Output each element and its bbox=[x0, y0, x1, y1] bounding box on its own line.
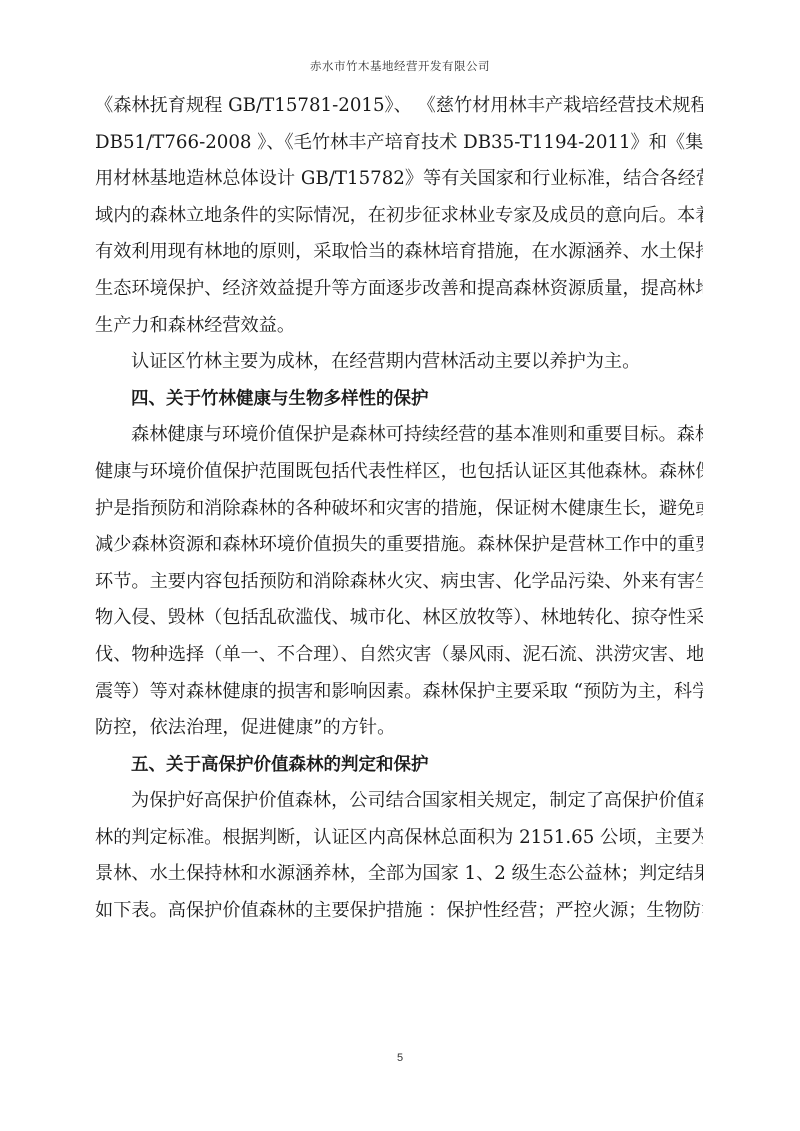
page-header-company: 赤水市竹木基地经营开发有限公司 bbox=[0, 58, 800, 74]
text-line: 景林、水土保持林和水源涵养林，全部为国家 1、2 级生态公益林；判定结果 bbox=[95, 856, 703, 893]
text-line: 健康与环境价值保护范围既包括代表性样区，也包括认证区其他森林。森林保 bbox=[95, 454, 703, 491]
text-line: 森林健康与环境价值保护是森林可持续经营的基本准则和重要目标。森林 bbox=[95, 417, 703, 454]
section-heading-5: 五、关于高保护价值森林的判定和保护 bbox=[95, 747, 703, 784]
document-page: 赤水市竹木基地经营开发有限公司 《森林抚育规程 GB/T15781-2015》、… bbox=[0, 0, 800, 1131]
paragraph-hcvf: 为保护好高保护价值森林，公司结合国家相关规定，制定了高保护价值森 林的判定标准。… bbox=[95, 783, 703, 929]
text-line: 林的判定标准。根据判断，认证区内高保林总面积为 2151.65 公顷，主要为风 bbox=[95, 820, 703, 857]
text-line: 用材林基地造林总体设计 GB/T15782》等有关国家和行业标准，结合各经营区 bbox=[95, 161, 703, 198]
paragraph-bamboo-maintenance: 认证区竹林主要为成林，在经营期内营林活动主要以养护为主。 bbox=[95, 344, 703, 381]
paragraph-standards: 《森林抚育规程 GB/T15781-2015》、 《慈竹材用林丰产栽培经营技术规… bbox=[95, 88, 703, 344]
text-line: 为保护好高保护价值森林，公司结合国家相关规定，制定了高保护价值森 bbox=[95, 783, 703, 820]
text-line: 生产力和森林经营效益。 bbox=[95, 308, 703, 345]
text-line: 如下表。高保护价值森林的主要保护措施 ：保护性经营；严控火源；生物防治； bbox=[95, 893, 703, 930]
page-number: 5 bbox=[0, 1052, 800, 1064]
text-line: 护是指预防和消除森林的各种破坏和灾害的措施，保证树木健康生长，避免或 bbox=[95, 491, 703, 528]
text-line: 防控，依法治理，促进健康”的方针。 bbox=[95, 710, 703, 747]
text-line: 《森林抚育规程 GB/T15781-2015》、 《慈竹材用林丰产栽培经营技术规… bbox=[95, 88, 703, 125]
text-line: 震等）等对森林健康的损害和影响因素。森林保护主要采取 “预防为主，科学 bbox=[95, 674, 703, 711]
text-line: 伐、物种选择（单一、不合理）、自然灾害（暴风雨、泥石流、洪涝灾害、地 bbox=[95, 637, 703, 674]
paragraph-forest-health: 森林健康与环境价值保护是森林可持续经营的基本准则和重要目标。森林 健康与环境价值… bbox=[95, 417, 703, 746]
text-line: 环节。主要内容包括预防和消除森林火灾、病虫害、化学品污染、外来有害生 bbox=[95, 564, 703, 601]
text-line: 域内的森林立地条件的实际情况，在初步征求林业专家及成员的意向后。本着 bbox=[95, 198, 703, 235]
text-line: 认证区竹林主要为成林，在经营期内营林活动主要以养护为主。 bbox=[95, 344, 703, 381]
text-line: DB51/T766-2008 》、《毛竹林丰产培育技术 DB35-T1194-2… bbox=[95, 125, 703, 162]
section-heading-4: 四、关于竹林健康与生物多样性的保护 bbox=[95, 381, 703, 418]
text-line: 物入侵、毁林（包括乱砍滥伐、城市化、林区放牧等）、林地转化、掠夺性采 bbox=[95, 600, 703, 637]
text-line: 生态环境保护、经济效益提升等方面逐步改善和提高森林资源质量，提高林地 bbox=[95, 271, 703, 308]
text-line: 有效利用现有林地的原则，采取恰当的森林培育措施，在水源涵养、水土保持、 bbox=[95, 234, 703, 271]
text-line: 减少森林资源和森林环境价值损失的重要措施。森林保护是营林工作中的重要 bbox=[95, 527, 703, 564]
document-body: 《森林抚育规程 GB/T15781-2015》、 《慈竹材用林丰产栽培经营技术规… bbox=[95, 88, 703, 930]
